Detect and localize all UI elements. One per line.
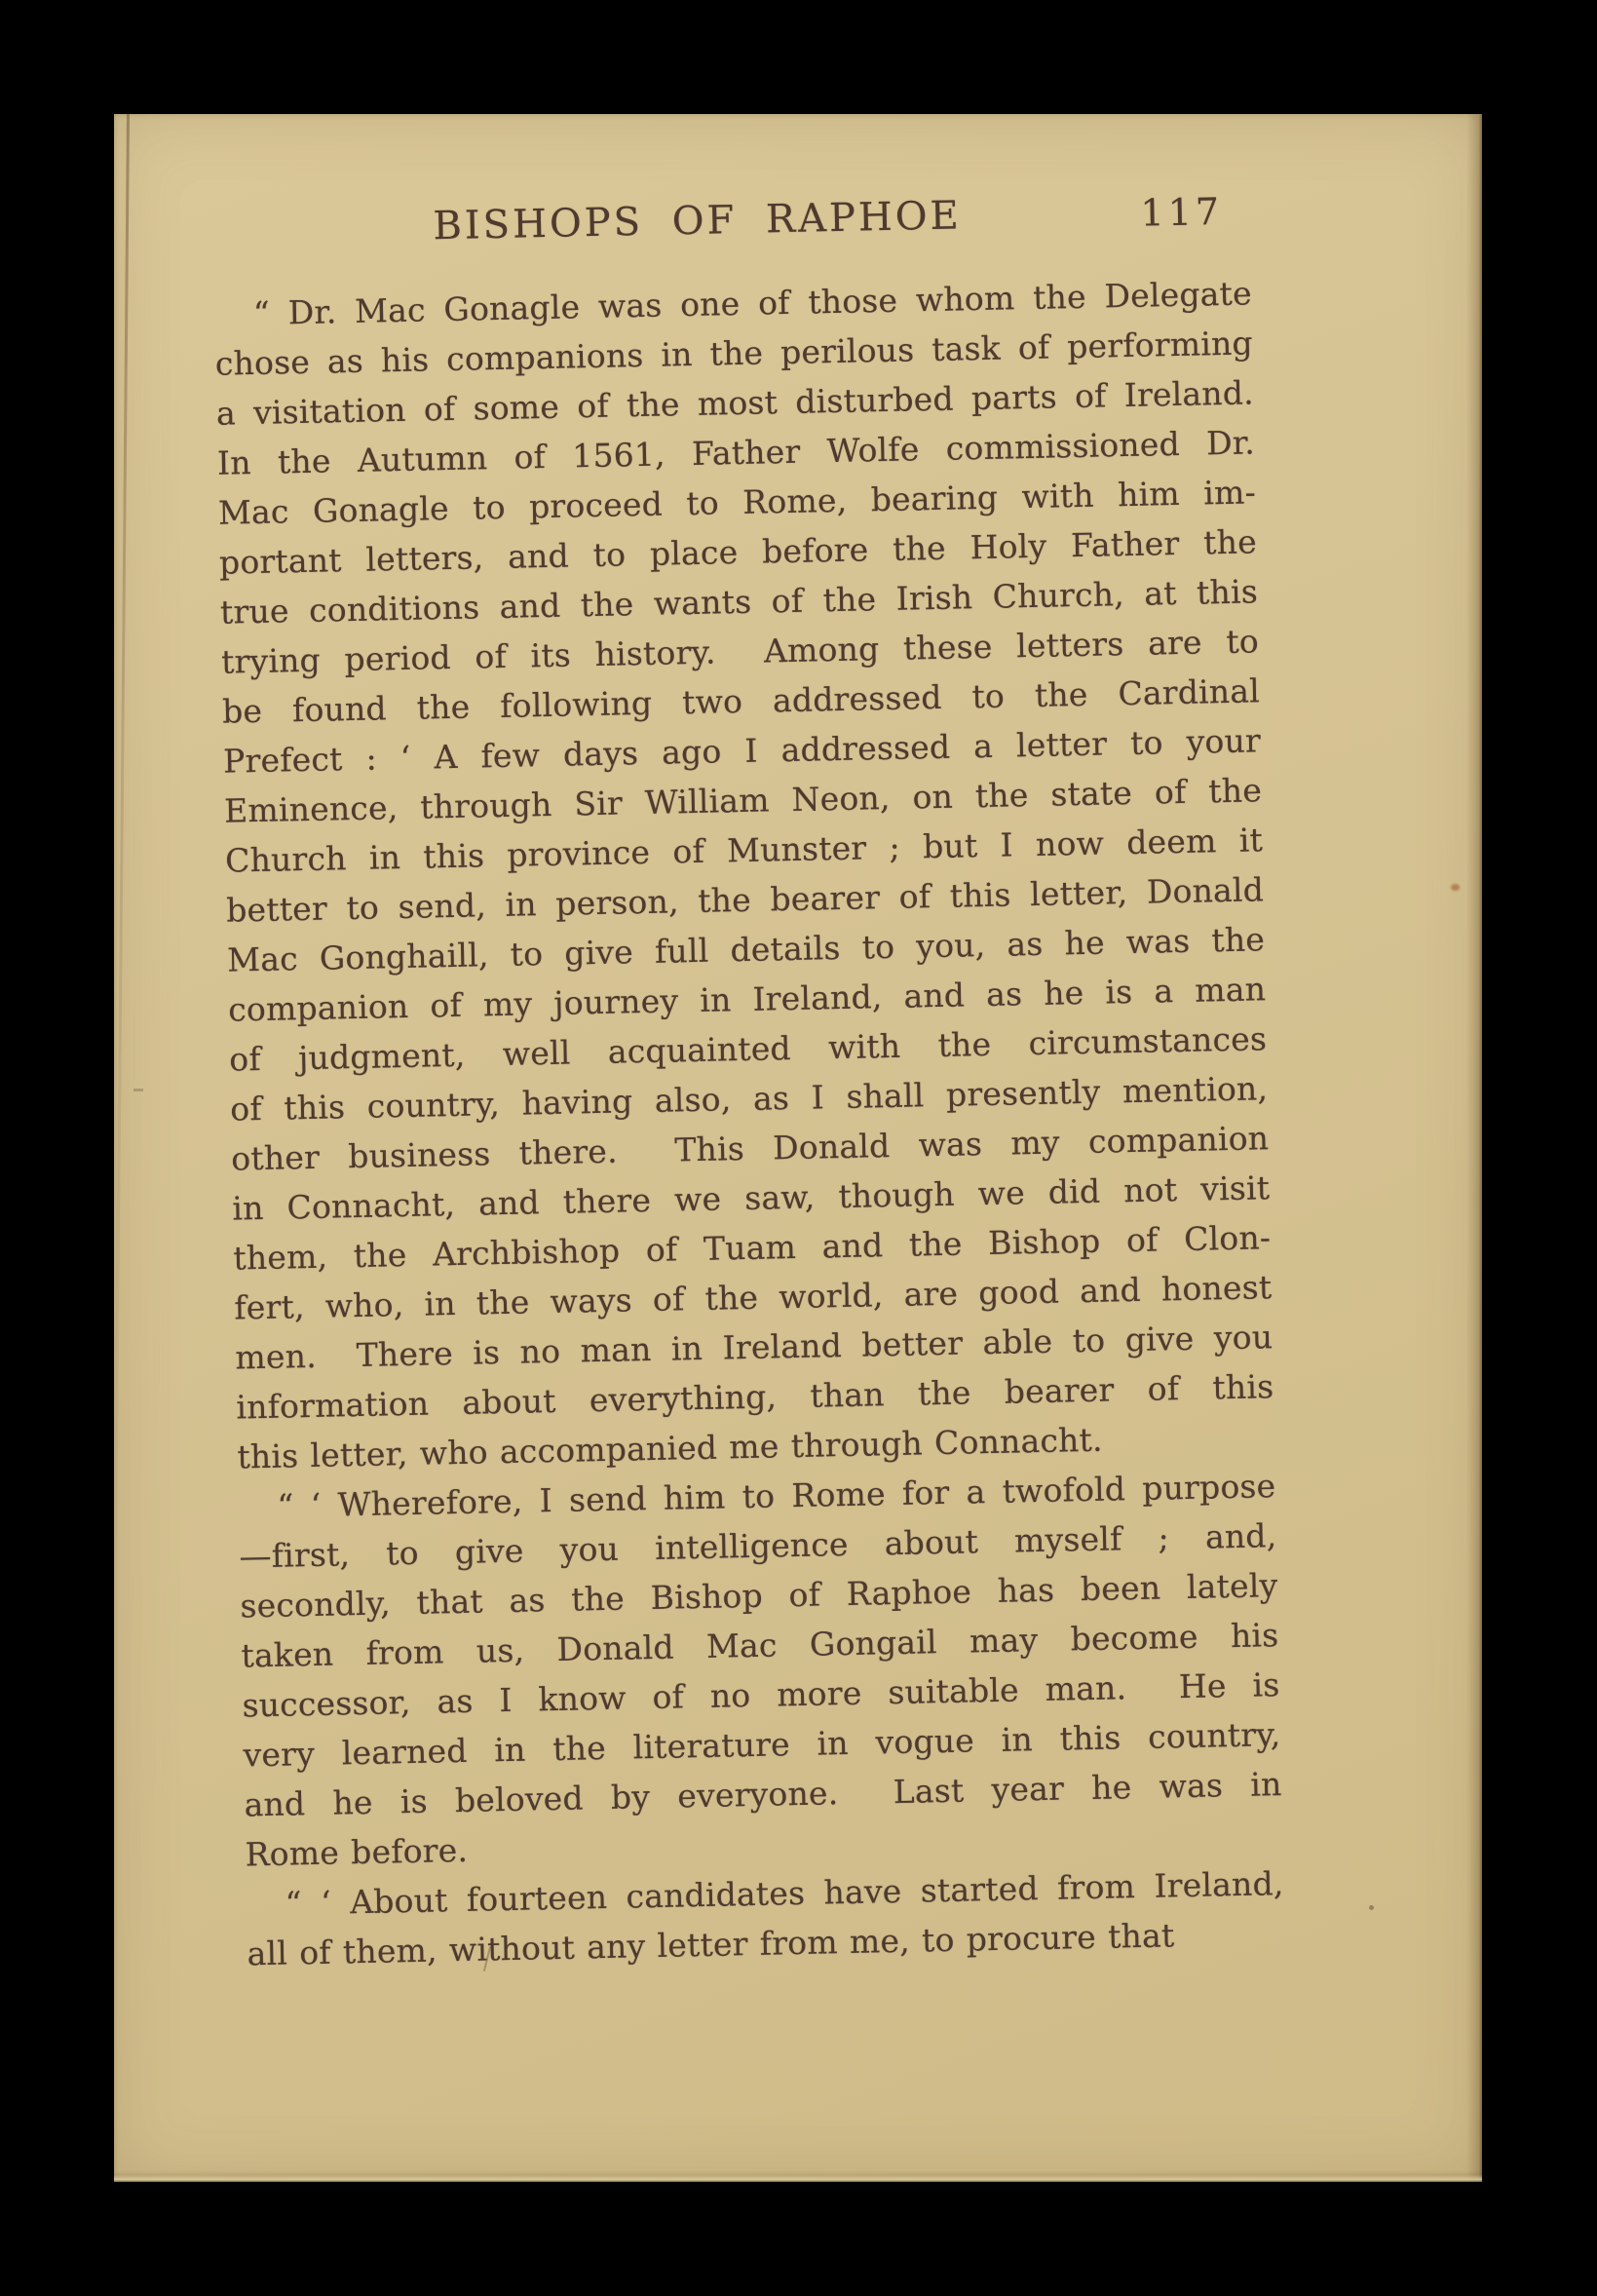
page-title: BISHOPS OF RAPHOE (212, 187, 1251, 252)
page-number: 117 (1140, 190, 1223, 235)
body-text: “ Dr. Mac Gonagle was one of those whom … (213, 268, 1285, 1978)
scan-background: { "colors": { "background": "#000000", "… (0, 0, 1597, 2296)
running-header: BISHOPS OF RAPHOE 117 (212, 187, 1251, 266)
book-page: BISHOPS OF RAPHOE 117 “ Dr. Mac Gonagle … (114, 114, 1482, 2182)
text-column: BISHOPS OF RAPHOE 117 “ Dr. Mac Gonagle … (212, 187, 1285, 1978)
printed-content: BISHOPS OF RAPHOE 117 “ Dr. Mac Gonagle … (113, 88, 1522, 2183)
